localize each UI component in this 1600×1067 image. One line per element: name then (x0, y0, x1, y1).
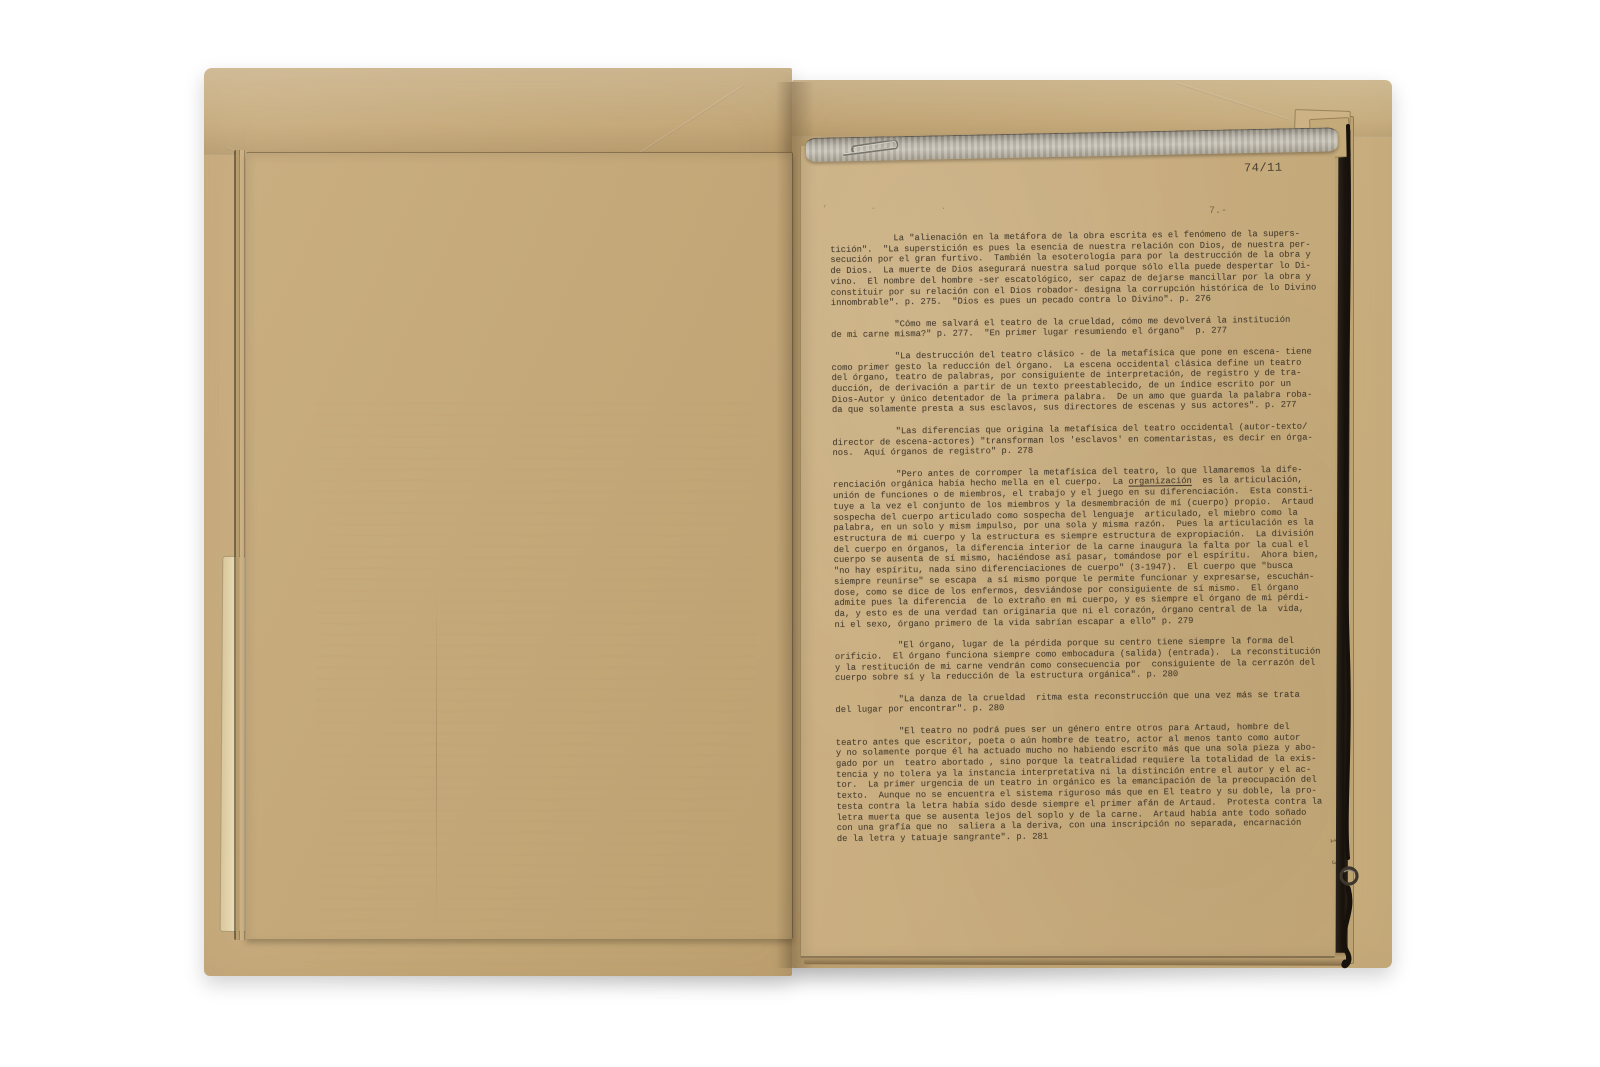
typed-paragraph: "Pero antes de corromper la metafísica d… (833, 464, 1343, 631)
faint-typed-marks: ‘ · · (822, 204, 1042, 214)
text-bleedthrough (316, 403, 756, 983)
left-blank-sheet (246, 152, 793, 939)
typed-paragraph: La "alienación en la metáfora de la obra… (830, 228, 1339, 309)
typed-paragraph: "La danza de la crueldad ritma esta reco… (835, 689, 1343, 716)
typed-paragraph: "La destrucción del teatro clásico - de … (831, 346, 1340, 416)
photo-stage: 74/11 7.- ‘ · · La "alienación en la met… (0, 0, 1600, 1067)
archive-code: 74/11 (1244, 161, 1283, 176)
sheet-fold-crease (436, 583, 437, 933)
typed-paragraph: "El teatro no podrá pues ser un género e… (836, 721, 1345, 845)
page-number: 7.- (1209, 206, 1227, 217)
typed-text-block: La "alienación en la metáfora de la obra… (830, 228, 1345, 844)
typed-paragraph: "El órgano, lugar de la pérdida porque s… (835, 635, 1343, 684)
typed-paragraph: "Cómo me salvará el teatro de la cruelda… (831, 314, 1339, 341)
typed-paragraph: "Las diferencias que origina la metafísi… (832, 421, 1340, 459)
